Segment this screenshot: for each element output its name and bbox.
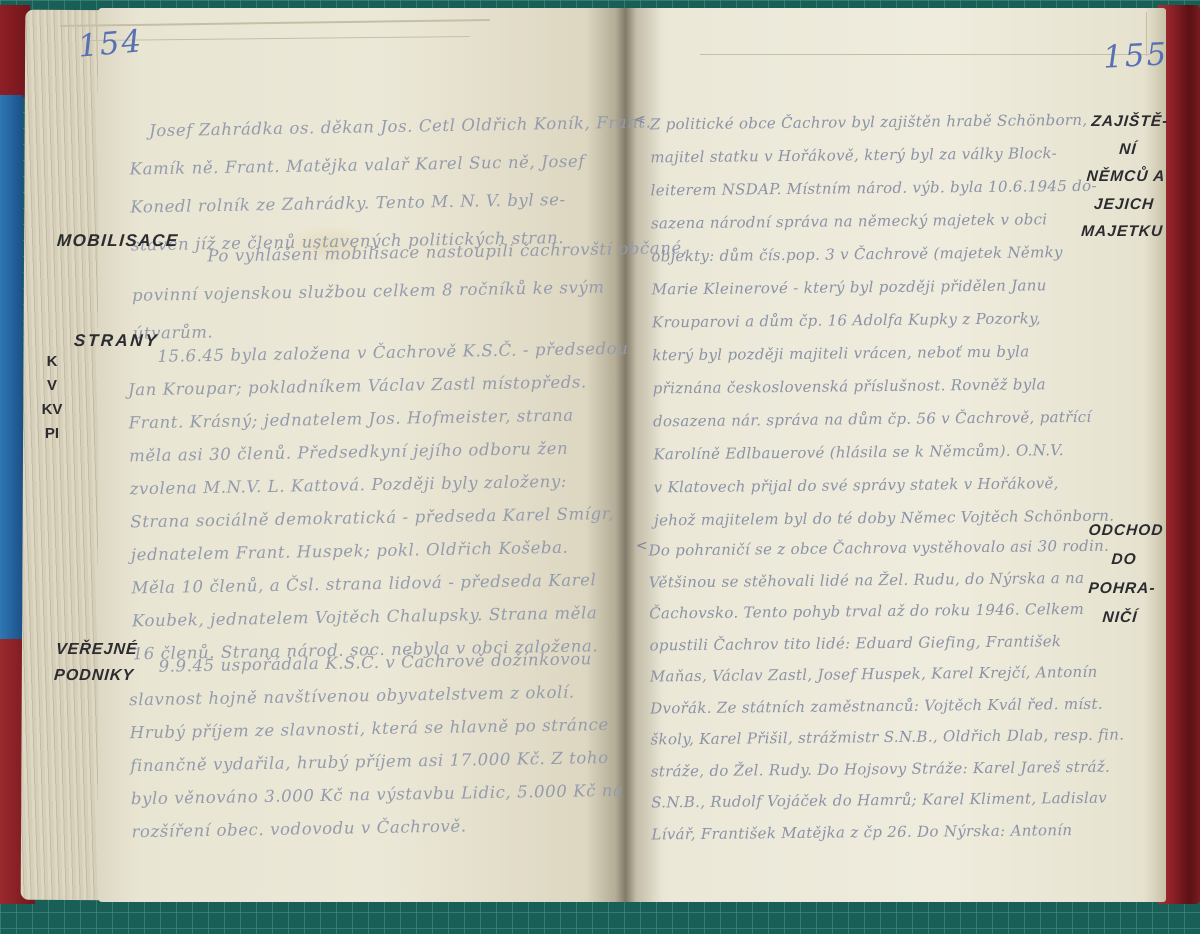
handwritten-line: který byl později majiteli vrácen, neboť… [652,335,1112,373]
underlying-page-edge [700,54,1150,55]
heading-line: ODCHOD [1076,516,1176,545]
handwritten-line: Z politické obce Čachrov byl zajištěn hr… [650,104,1110,142]
handwritten-line: v Klatovech přijal do své správy statek … [654,467,1114,505]
paragraph-mark: < [634,112,646,128]
handwritten-line: opustili Čachrov tito lidé: Eduard Giefi… [649,625,1123,661]
handwritten-line: majitel statku v Hořákově, který byl za … [650,137,1110,175]
heading-line: DO [1074,545,1174,574]
book-spine-cloth-left [0,95,23,641]
heading-line: NĚMCŮ A [1077,163,1175,191]
right-paragraph-zajisteni: Z politické obce Čachrov byl zajištěn hr… [650,104,1115,538]
handwritten-line: Marie Kleinerové - který byl později při… [651,269,1111,307]
handwritten-line: Karolíně Edlbauerové (hlásila se k Němců… [653,434,1113,472]
edge-letter: V [34,374,70,398]
edge-letter: PI [34,422,70,446]
handwritten-line: Krouparovi a dům čp. 16 Adolfa Kupky z P… [652,302,1112,340]
handwritten-line: Dvořák. Ze státních zaměstnanců: Vojtěch… [650,688,1124,724]
right-paragraph-odchod: Do pohraničí se z obce Čachrova vystěhov… [648,531,1125,851]
handwritten-line: stráže, do Žel. Rudy. Do Hojsovy Stráže:… [651,751,1125,787]
heading-line: MAJETKU [1073,218,1171,246]
heading-line: NIČÍ [1070,603,1170,632]
heading-line: NÍ [1079,136,1177,164]
heading-line: JEJICH [1075,191,1173,219]
margin-heading-zajisteni-nemcu: ZAJIŠTĚ-NÍNĚMCŮ AJEJICHMAJETKU [1073,108,1179,246]
page-number-right: 155 [1102,36,1169,75]
page-number-left: 154 [77,23,145,65]
handwritten-line: Maňas, Václav Zastl, Josef Huspek, Karel… [650,657,1124,693]
margin-heading-odchod-do-pohranici: ODCHODDOPOHRA-NIČÍ [1070,516,1176,632]
handwritten-line: Čachovsko. Tento pohyb trval až do roku … [649,594,1123,630]
chronicle-scan: 154 Josef Zahrádka os. děkan Jos. Cetl O… [0,0,1200,934]
handwritten-line: dosazena nár. správa na dům čp. 56 v Čac… [653,401,1113,439]
handwritten-line: školy, Karel Přišil, strážmistr S.N.B., … [650,720,1124,756]
heading-line: POHRA- [1072,574,1172,603]
handwritten-line: S.N.B., Rudolf Vojáček do Hamrů; Karel K… [651,783,1125,819]
left-paragraph-strany: 15.6.45 byla založena v Čachrově K.S.Č. … [127,332,634,671]
handwritten-line: leiterem NSDAP. Místním národ. výb. byla… [650,170,1110,208]
handwritten-line: Lívář, František Matějka z čp 26. Do Nýr… [651,814,1125,850]
heading-line: ZAJIŠTĚ- [1081,108,1179,136]
edge-letter: K [34,350,70,374]
handwritten-line: Většinou se stěhovali lidé na Žel. Rudu,… [649,562,1123,598]
handwritten-line: přiznána československá příslušnost. Rov… [653,368,1113,406]
paragraph-mark: < [636,538,648,554]
handwritten-line: Do pohraničí se z obce Čachrova vystěhov… [648,531,1122,567]
edge-letters-underlying-page: KVKVPI [34,350,70,446]
handwritten-line: sazena národní správa na německý majetek… [651,203,1111,241]
handwritten-line: objekty: dům čís.pop. 3 v Čachrově (maje… [651,236,1111,274]
left-paragraph-verejne-podniky: 9.9.45 uspořádala K.S.Č. v Čachrově doží… [128,642,624,849]
edge-letter: KV [34,398,70,422]
